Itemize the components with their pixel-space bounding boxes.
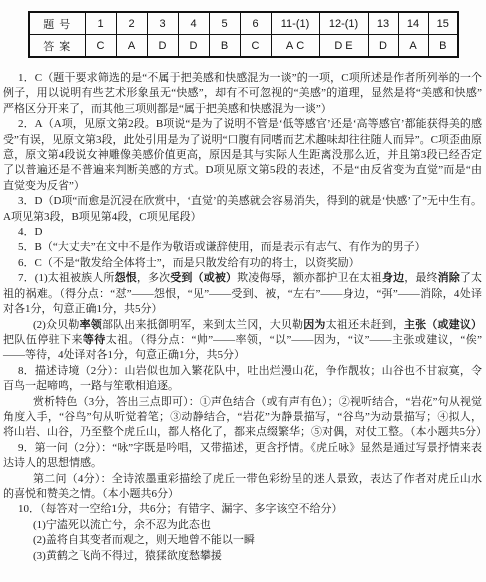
paragraph-text: (2)众贝勒 xyxy=(33,319,80,331)
question-number-cell: 15 xyxy=(428,12,458,35)
answer-paragraph: 1．C（题干要求筛选的是“不属于把美感和快感混为一谈”的一项，C项所述是作者所列… xyxy=(3,71,482,117)
answer-paragraph: 9．第一问（2分）：“咏”字既是吟唱，又带描述，更含抒情。《虎丘咏》显然是通过写… xyxy=(3,441,482,472)
paragraph-text: 部队出来抵御明军，来到太兰冈，大贝勒 xyxy=(102,319,303,331)
answer-cell: D xyxy=(368,35,398,58)
answer-paragraph: 10．（每答对一空给1分，共6分；有错字、漏字、多字该空不给分） xyxy=(3,502,482,517)
question-number-row: 题 号 12345611-(1)12-(1)131415 xyxy=(29,12,458,35)
question-row-label: 题 号 xyxy=(29,12,85,35)
paragraph-text: 赏析特色（3分，答出三点即可）：①声色结合（或有声有色）；②视听结合，“岩花”句… xyxy=(3,396,486,439)
answer-paragraph: 6．C（不是“散发给全体将士”，而是只散发给有功的将士，以资奖励） xyxy=(3,256,482,271)
answer-paragraph: (3)黄鹤之飞尚不得过，猿猱欲度愁攀援 xyxy=(3,549,482,564)
key-term-bold: 受到（或被） xyxy=(170,272,237,284)
paragraph-text: ，最终 xyxy=(404,272,437,284)
answer-cell: A xyxy=(398,35,428,58)
answer-cell: C xyxy=(85,35,116,58)
answer-row-label: 答 案 xyxy=(29,35,85,58)
answer-paragraph: 第二问（4分）：全诗浓墨重彩描绘了虎丘一带色彩纷呈的迷人景致，表达了作者对虎丘山… xyxy=(3,472,482,503)
paragraph-text: 6．C（不是“散发给全体将士”，而是只散发给有功的将士，以资奖励） xyxy=(18,257,360,269)
paragraph-text: 10．（每答对一空给1分，共6分；有错字、漏字、多字该空不给分） xyxy=(18,503,343,515)
paragraph-text: ，多次 xyxy=(137,272,170,284)
answer-paragraph: 4．D xyxy=(3,225,482,240)
question-number-cell: 1 xyxy=(85,12,116,35)
answer-paragraph: 赏析特色（3分，答出三点即可）：①声色结合（或有声有色）；②视听结合，“岩花”句… xyxy=(3,395,482,441)
question-number-cell: 4 xyxy=(178,12,209,35)
answer-paragraph: (2)众贝勒率领部队出来抵御明军，来到太兰冈，大贝勒因为太祖还未赶到，主张（或建… xyxy=(3,318,482,364)
answer-cell: B xyxy=(209,35,240,58)
question-number-cell: 5 xyxy=(209,12,240,35)
question-number-cell: 13 xyxy=(368,12,398,35)
paragraph-text: 5．B（“大丈夫”在文中不是作为敬语或谦辞使用，而是表示有志气、有作为的男子） xyxy=(18,241,426,253)
key-term-bold: 怨恨 xyxy=(115,272,137,284)
key-term-bold: 率领 xyxy=(80,319,102,331)
answer-paragraph: 7．(1)太祖被族人所怨恨，多次受到（或被）欺凌侮辱，额亦都护卫在太祖身边，最终… xyxy=(3,271,482,317)
key-term-bold: 因为 xyxy=(303,319,325,331)
paragraph-text: 把队伍停驻下来 xyxy=(3,334,83,346)
key-term-bold: 等待 xyxy=(83,334,106,346)
answer-paragraph: (1)宁溘死以流亡兮，余不忍为此态也 xyxy=(3,518,482,533)
answer-cell: B xyxy=(428,35,458,58)
answer-cell: DE xyxy=(319,35,368,58)
answer-row: 答 案 CADDBCACDEDAB xyxy=(29,35,458,58)
answer-cell: D xyxy=(147,35,178,58)
paragraph-text: 太祖还未赶到， xyxy=(326,319,404,331)
paragraph-text: 3．D（D项“而愈是沉浸在欣赏中，‘直觉’的美感就会容易消失，得到的就是‘快感’… xyxy=(3,195,482,222)
answer-paragraph: (2)盖将自其变者而观之，则天地曾不能以一瞬 xyxy=(3,533,482,548)
key-term-bold: 身边 xyxy=(382,272,404,284)
question-number-cell: 11-(1) xyxy=(271,12,319,35)
answer-cell: AC xyxy=(271,35,319,58)
question-number-cell: 2 xyxy=(116,12,147,35)
paragraph-text: (3)黄鹤之飞尚不得过，猿猱欲度愁攀援 xyxy=(33,550,222,562)
answer-cell: D xyxy=(178,35,209,58)
question-number-cell: 14 xyxy=(398,12,428,35)
paragraph-text: 2．A（A项，见原文第2段。B项说“是为了说明不管是‘低等感官’还是‘高等感官’… xyxy=(3,118,482,192)
paragraph-text: 第二问（4分）：全诗浓墨重彩描绘了虎丘一带色彩纷呈的迷人景致，表达了作者对虎丘山… xyxy=(3,473,482,500)
question-number-cell: 3 xyxy=(147,12,178,35)
answer-key-page: 题 号 12345611-(1)12-(1)131415 答 案 CADDBCA… xyxy=(0,0,486,582)
paragraph-text: 7．(1)太祖被族人所 xyxy=(18,272,115,284)
answer-paragraph: 8．描述诗境（2分）：山岩似也加入繁花队中，吐出烂漫山花，争作靓妆；山谷也不甘寂… xyxy=(3,364,482,395)
answer-table: 题 号 12345611-(1)12-(1)131415 答 案 CADDBCA… xyxy=(28,11,459,58)
paragraph-text: (1)宁溘死以流亡兮，余不忍为此态也 xyxy=(33,519,211,531)
key-term-bold: 主张（或建议） xyxy=(404,319,482,331)
question-number-cell: 12-(1) xyxy=(319,12,368,35)
paragraph-text: (2)盖将自其变者而观之，则天地曾不能以一瞬 xyxy=(33,534,255,546)
paragraph-text: 欺凌侮辱，额亦都护卫在太祖 xyxy=(237,272,382,284)
answer-paragraph: 3．D（D项“而愈是沉浸在欣赏中，‘直觉’的美感就会容易消失，得到的就是‘快感’… xyxy=(3,194,482,225)
paragraph-text: 8．描述诗境（2分）：山岩似也加入繁花队中，吐出烂漫山花，争作靓妆；山谷也不甘寂… xyxy=(3,365,482,392)
paragraph-text: 1．C（题干要求筛选的是“不属于把美感和快感混为一谈”的一项，C项所述是作者所列… xyxy=(3,72,482,115)
answer-paragraph: 5．B（“大丈夫”在文中不是作为敬语或谦辞使用，而是表示有志气、有作为的男子） xyxy=(3,240,482,255)
key-term-bold: 消除 xyxy=(438,272,460,284)
answer-cell: C xyxy=(240,35,271,58)
paragraph-text: 9．第一问（2分）：“咏”字既是吟唱，又带描述，更含抒情。《虎丘咏》显然是通过写… xyxy=(3,442,482,469)
paragraph-text: 4．D xyxy=(18,226,42,238)
answer-explanations: 1．C（题干要求筛选的是“不属于把美感和快感混为一谈”的一项，C项所述是作者所列… xyxy=(0,71,486,564)
answer-paragraph: 2．A（A项，见原文第2段。B项说“是为了说明不管是‘低等感官’还是‘高等感官’… xyxy=(3,117,482,194)
question-number-cell: 6 xyxy=(240,12,271,35)
answer-cell: A xyxy=(116,35,147,58)
